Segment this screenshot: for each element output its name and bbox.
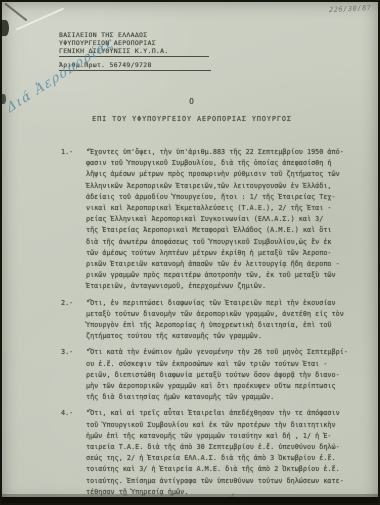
document-page: 226/30/87 ΒΑΣΙΛΕΙΟΝ ΤΗΣ ΕΛΛΑΔΟΣ ΥΦΥΠΟΥΡΓ… <box>0 0 380 505</box>
paragraph-text: "Ὅτι, ἐν περιπτώσει διαφωνίας τῶν Ἑταιρε… <box>86 298 344 343</box>
scan-edge <box>2 497 378 503</box>
paragraph-text: "Ὅτι, καὶ αἱ τρεῖς αὗται Ἑταιρεῖαι ἀπεδέ… <box>86 408 344 498</box>
paragraph-3: 3.- "Ὅτι κατὰ τὴν ἐνώπιον ἡμῶν γενομένην… <box>61 347 368 403</box>
paragraph-text: "Ἔχοντες ὑπ'ὄψει, τὴν ὑπ'ἀριθμ.883 τῆς 2… <box>86 147 344 293</box>
letterhead-ministry: ΥΦΥΠΟΥΡΓΕΙΟΝ ΑΕΡΟΠΟΡΙΑΣ <box>59 39 211 47</box>
ink-blot <box>2 20 9 36</box>
document-title: ΕΠΙ ΤΟΥ ΥΦΥΠΟΥΡΓΕΙΟΥ ΑΕΡΟΠΟΡΙΑΣ ΥΠΟΥΡΓΟΣ <box>22 115 362 123</box>
handwritten-corner-number: 226/30/87 <box>329 4 372 14</box>
document-body: 1.- "Ἔχοντες ὑπ'ὄψει, τὴν ὑπ'ἀριθμ.883 τ… <box>61 147 368 503</box>
paragraph-number: 2.- <box>61 298 86 343</box>
paragraph-number: 1.- <box>61 147 86 293</box>
paragraph-1: 1.- "Ἔχοντες ὑπ'ὄψει, τὴν ὑπ'ἀριθμ.883 τ… <box>61 147 368 293</box>
paragraph-number: 4.- <box>61 408 86 498</box>
ink-blot <box>2 94 6 104</box>
paragraph-4: 4.- "Ὅτι, καὶ αἱ τρεῖς αὗται Ἑταιρεῖαι ἀ… <box>61 408 368 498</box>
paper-scratch <box>5 3 28 21</box>
paragraph-number: 3.- <box>61 347 86 403</box>
title-article: Ο <box>42 97 342 106</box>
paragraph-2: 2.- "Ὅτι, ἐν περιπτώσει διαφωνίας τῶν Ἑτ… <box>61 298 368 343</box>
paragraph-text: "Ὅτι κατὰ τὴν ἐνώπιον ἡμῶν γενομένην τὴν… <box>86 347 348 403</box>
letterhead-kingdom: ΒΑΣΙΛΕΙΟΝ ΤΗΣ ΕΛΛΑΔΟΣ <box>59 31 211 39</box>
